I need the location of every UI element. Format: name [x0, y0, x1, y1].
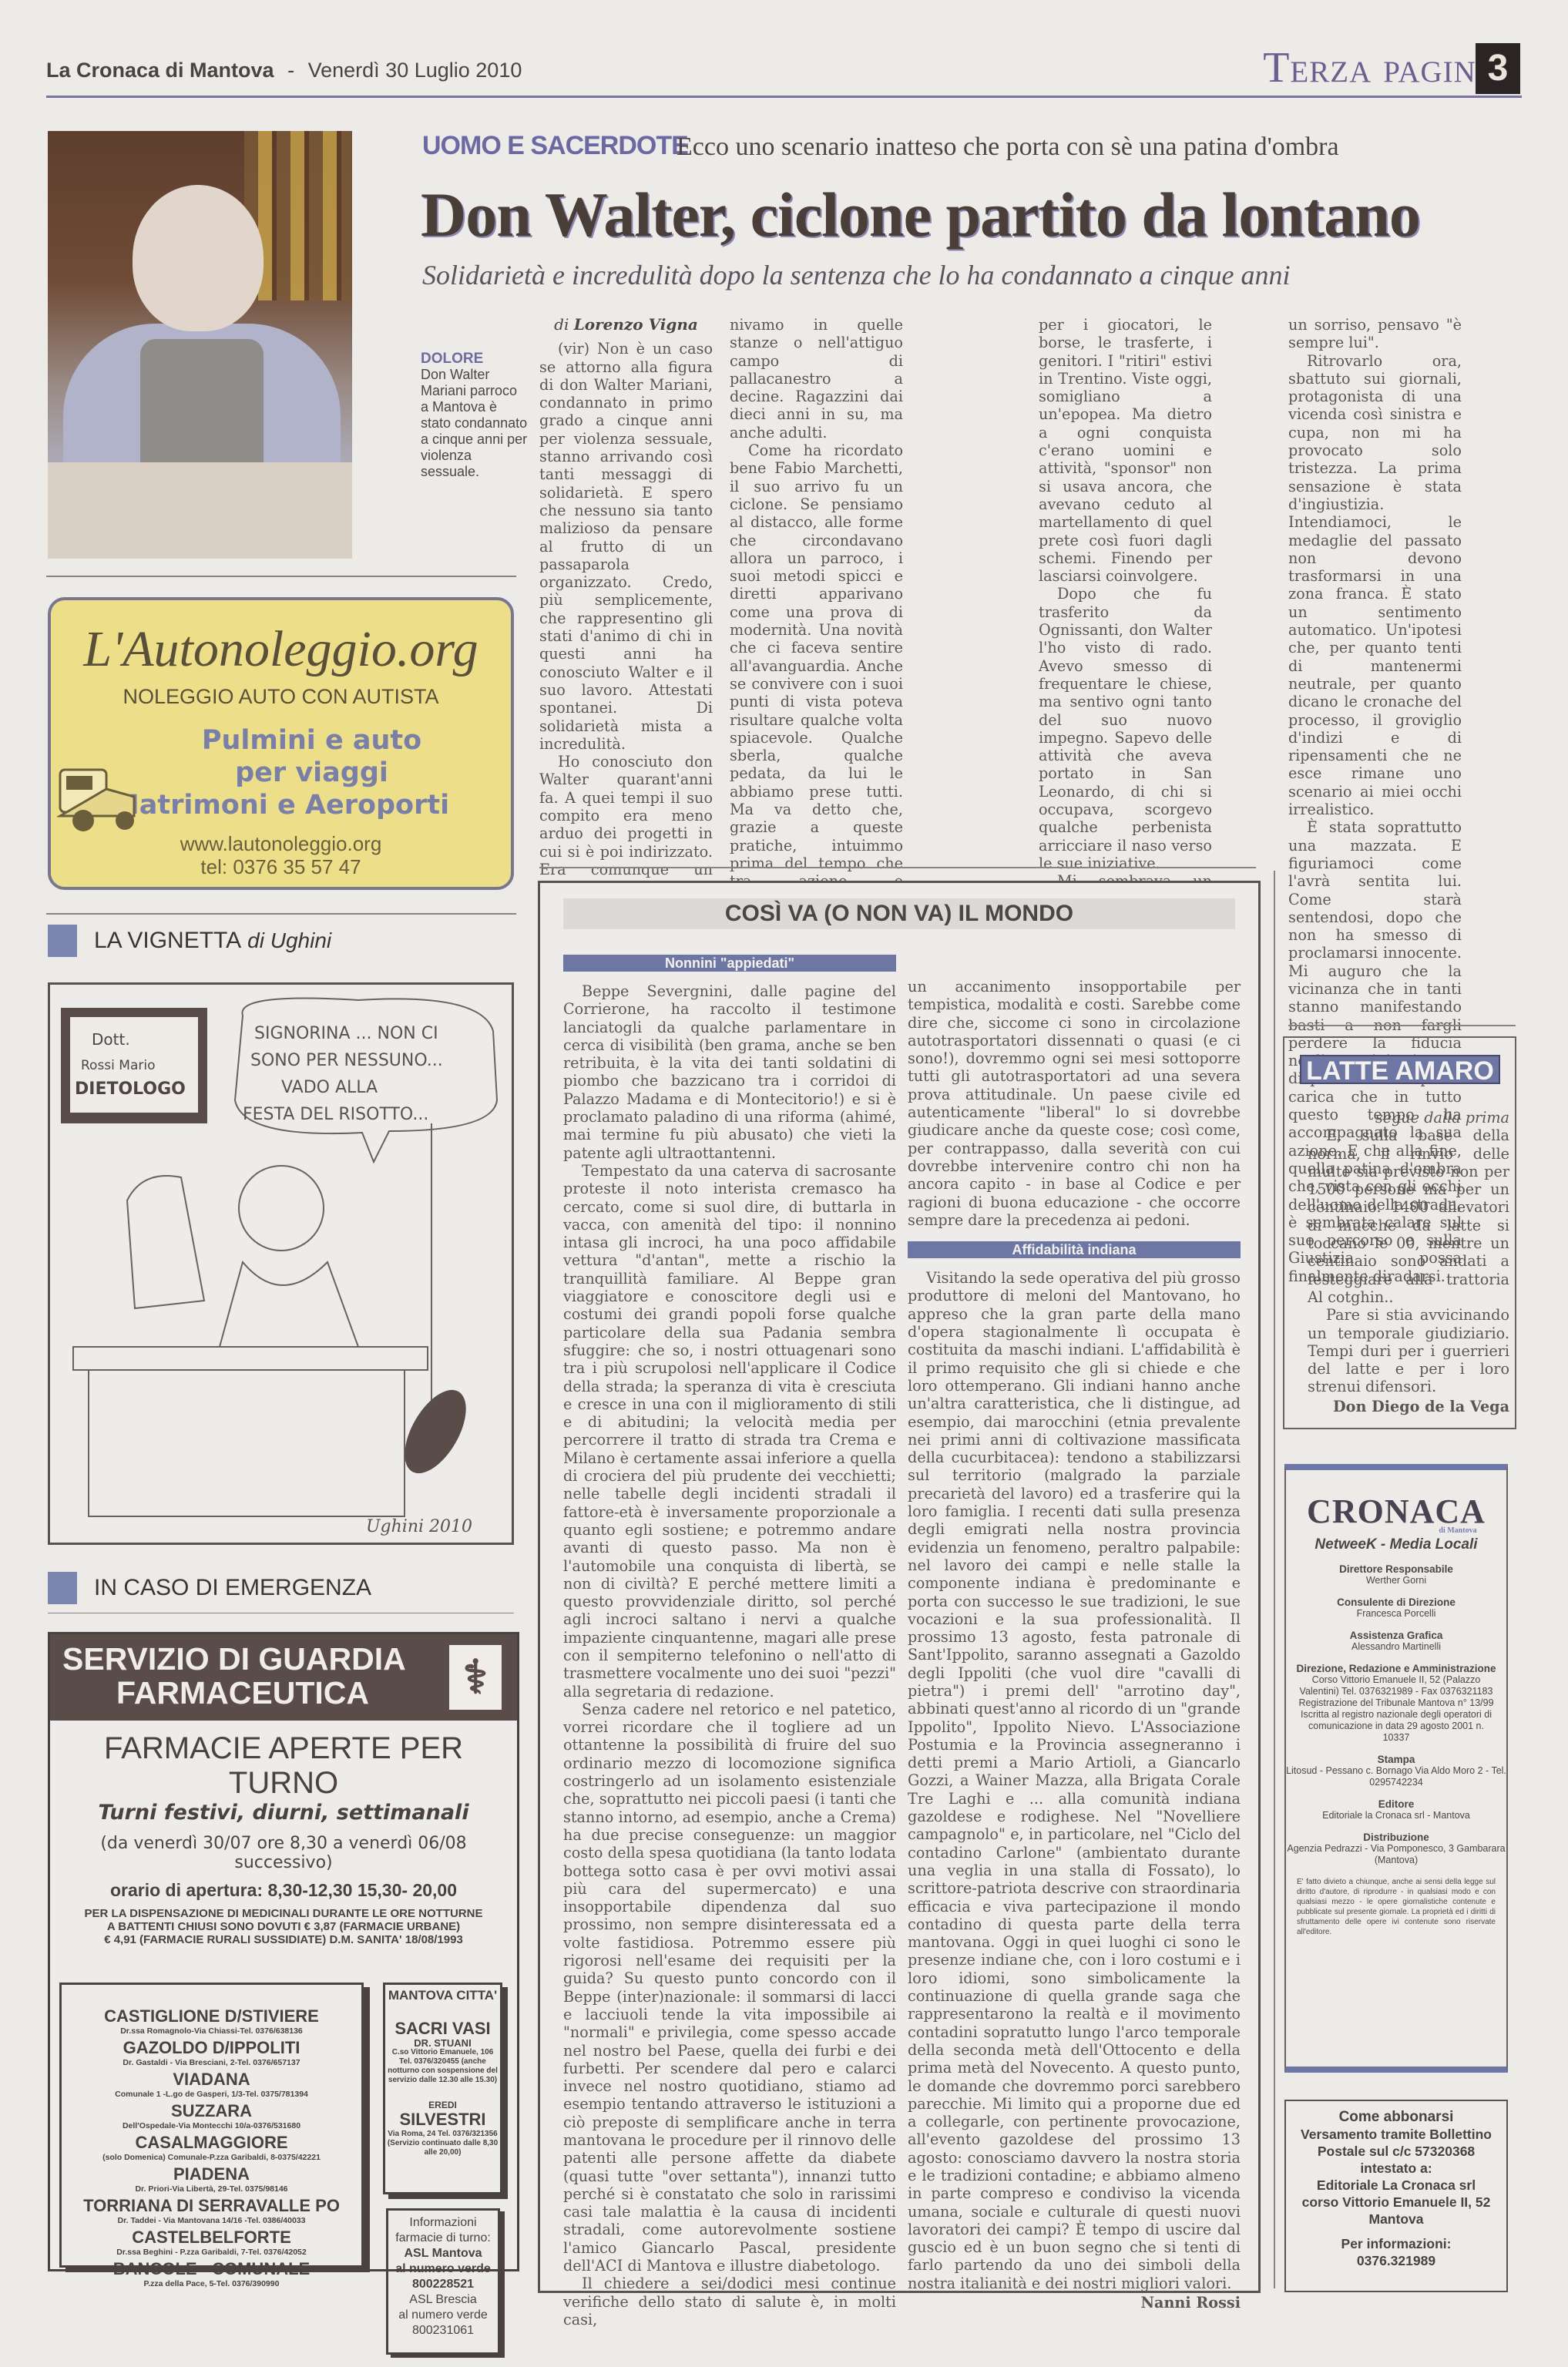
emergenza-title: IN CASO DI EMERGENZA	[94, 1575, 371, 1601]
article-headline: Don Walter, ciclone partito da lontano	[421, 179, 1420, 251]
pharmacy-item: CASALMAGGIORE(solo Domenica) Comunale-P.…	[62, 2133, 361, 2163]
asl-phone: 800231061	[388, 2323, 498, 2338]
cronaca-logo: CRONACA	[1286, 1492, 1506, 1531]
colophon-role: Direttore Responsabile	[1286, 1563, 1506, 1575]
pharmacy-town: CASTELBELFORTE	[62, 2228, 361, 2247]
ad-pitch-line: per viaggi	[112, 757, 511, 789]
issue-date: Venerdì 30 Luglio 2010	[308, 59, 522, 82]
latte-amaro-body: segue dalla prima E, sulla base della no…	[1308, 1109, 1509, 1415]
latte-amaro-label: LATTE AMARO	[1300, 1055, 1500, 1084]
cosi-va-title: COSÌ VA (O NON VA) IL MONDO	[563, 898, 1235, 929]
colophon-value: Alessandro Martinelli	[1286, 1641, 1506, 1653]
network-name: NetweeK - Media Locali	[1286, 1536, 1506, 1553]
paragraph: E, sulla base della norma, il rinvio del…	[1308, 1126, 1509, 1306]
paragraph: Dopo che fu trasferito da Ognissanti, do…	[1039, 585, 1212, 872]
pharmacy-item: BANCOLE - COMUNALEP.zza della Pace, 5-Te…	[62, 2259, 361, 2289]
paragraph: (vir) Non è un caso se attorno alla figu…	[539, 340, 713, 753]
colophon-value: Werther Gorni	[1286, 1575, 1506, 1586]
section-name: Terza pagina	[1263, 43, 1499, 92]
caduceus-icon: ⚕	[449, 1645, 502, 1710]
paragraph: Visitando la sede operativa del più gros…	[908, 1269, 1241, 2292]
city-pharmacy-details: C.so Vittorio Emanuele, 106 Tel. 0376/32…	[385, 2048, 500, 2085]
note-line: A BATTENTI CHIUSI SONO DOVUTI € 3,87 (FA…	[50, 1920, 517, 1933]
paragraph: Beppe Severgnini, dalle pagine del Corri…	[563, 982, 896, 1162]
city-header: MANTOVA CITTA'	[385, 1985, 500, 2006]
copyright-notice: E' fatto divieto a chiunque, anche ai se…	[1286, 1877, 1506, 1937]
section-title: Terza pagina	[1263, 44, 1499, 92]
colophon-value: Francesca Porcelli	[1286, 1608, 1506, 1620]
subsection-bar: Affidabilità indiana	[908, 1241, 1241, 1258]
section-rule	[48, 1613, 514, 1613]
vignetta-header: LA VIGNETTA di Ughini	[48, 925, 331, 957]
asl-phone: 800228521	[412, 2278, 474, 2291]
pharmacy-item: CASTELBELFORTEDr.ssa Beghini - P.zza Gar…	[62, 2228, 361, 2258]
pharmacy-town: PIADENA	[62, 2164, 361, 2184]
pharmacy-address: Dr.ssa Romagnolo-Via Chiassi-Tel. 0376/6…	[62, 2026, 361, 2036]
colophon-value: Agenzia Pedrazzi - Via Pomponesco, 3 Gam…	[1286, 1843, 1506, 1866]
subscription-line: corso Vittorio Emanuele II, 52	[1286, 2194, 1506, 2211]
pharmacy-period: (da venerdì 30/07 ore 8,30 a venerdì 06/…	[50, 1834, 517, 1872]
pharmacy-item: SUZZARADell'Ospedale-Via Montecchi 10/a-…	[62, 2101, 361, 2131]
cosi-va-column-1: Nonnini "appiedati" Beppe Severgnini, da…	[563, 955, 896, 2328]
sidebar-rule	[46, 913, 516, 915]
cosi-va-column-2: un accanimento insopportabile per tempis…	[908, 955, 1241, 2312]
pharmacy-hours: orario di apertura: 8,30-12,30 15,30- 20…	[50, 1880, 517, 1901]
subsection-bar: Nonnini "appiedati"	[563, 955, 896, 972]
column-divider	[1274, 871, 1275, 2288]
svg-text:DIETOLOGO: DIETOLOGO	[75, 1079, 186, 1099]
colophon-role: Editore	[1286, 1798, 1506, 1810]
city-pharmacy-details: Via Roma, 24 Tel. 0376/321356 (Servizio …	[385, 2130, 500, 2157]
cosi-va-box: COSÌ VA (O NON VA) IL MONDO Nonnini "app…	[538, 881, 1261, 2293]
pharmacy-address: Comunale 1 -L.go de Gasperi, 1/3-Tel. 03…	[62, 2089, 361, 2100]
paragraph: Come ha ricordato bene Fabio Marchetti, …	[730, 442, 903, 926]
city-pharmacy-name: SILVESTRI	[385, 2110, 500, 2130]
svg-text:SIGNORINA ... NON CI: SIGNORINA ... NON CI	[254, 1024, 438, 1043]
pharmacy-subheading: Turni festivi, diurni, settimanali	[50, 1801, 517, 1825]
pharmacy-address: Dr. Priori-Via Libertà, 29-Tel. 0375/981…	[62, 2184, 361, 2194]
figure-head-shape	[133, 185, 264, 331]
subscription-box: Come abbonarsi Versamento tramite Bollet…	[1284, 2100, 1508, 2292]
subscription-line: Versamento tramite Bollettino	[1286, 2126, 1506, 2143]
pharmacy-address: Dell'Ospedale-Via Montecchi 10/a-0376/53…	[62, 2120, 361, 2131]
svg-text:Dott.: Dott.	[92, 1030, 130, 1049]
article-subheadline: Solidarietà e incredulità dopo la senten…	[422, 259, 1291, 291]
pharmacy-schedule: SERVIZIO DI GUARDIA FARMACEUTICA ⚕ FARMA…	[48, 1632, 519, 2271]
pharmacy-item: PIADENADr. Priori-Via Libertà, 29-Tel. 0…	[62, 2164, 361, 2194]
paragraph: Tempestato da una caterva di sacrosante …	[563, 1162, 896, 1701]
pharmacy-address: Dr.ssa Beghini - P.zza Garibaldi, 7-Tel.…	[62, 2247, 361, 2258]
signature: Nanni Rossi	[908, 2294, 1241, 2312]
pharmacy-town: TORRIANA DI SERRAVALLE PO	[62, 2196, 361, 2215]
article-photo	[48, 131, 352, 559]
subscription-info-label: Per informazioni:	[1286, 2235, 1506, 2252]
pharmacy-item: VIADANAComunale 1 -L.go de Gasperi, 1/3-…	[62, 2070, 361, 2100]
column-rule	[539, 867, 1256, 868]
ad-pitch-line: Pulmini e auto	[112, 724, 511, 757]
byline-author: Lorenzo Vigna	[574, 315, 698, 334]
cartoon-drawing: Dott. Rossi Mario DIETOLOGO SIGNORINA ..…	[50, 985, 512, 1543]
colophon-role: Direzione, Redazione e Amministrazione	[1286, 1663, 1506, 1674]
section-square-icon	[48, 1572, 77, 1604]
subscription-line: Come abbonarsi	[1286, 2109, 1506, 2126]
masthead: La Cronaca di Mantova - Venerdì 30 Lugli…	[46, 59, 522, 82]
pharmacy-town: CASTIGLIONE D/STIVIERE	[62, 2006, 361, 2026]
city-pharmacy-doctor: DR. STUANI	[385, 2039, 500, 2048]
pharmacy-address: (solo Domenica) Comunale-P.zza Garibaldi…	[62, 2152, 361, 2163]
emergenza-header: IN CASO DI EMERGENZA	[48, 1572, 371, 1604]
asl-name: ASL Brescia	[388, 2292, 498, 2308]
pharmacy-item: TORRIANA DI SERRAVALLE PODr. Taddei - Vi…	[62, 2196, 361, 2226]
note-line: PER LA DISPENSAZIONE DI MEDICINALI DURAN…	[50, 1907, 517, 1920]
asl-label: al numero verde	[388, 2308, 498, 2323]
byline: di Lorenzo Vigna	[539, 316, 713, 334]
svg-text:FESTA DEL RISOTTO...: FESTA DEL RISOTTO...	[243, 1105, 428, 1124]
vignetta-title: LA VIGNETTA	[94, 928, 241, 954]
turn-info-box: Informazioni farmacie di turno: ASL Mant…	[386, 2208, 500, 2355]
vignetta-author: di Ughini	[247, 928, 331, 953]
column-rule	[1288, 1025, 1516, 1026]
pharmacy-town: SUZZARA	[62, 2101, 361, 2120]
colophon-role: Stampa	[1286, 1754, 1506, 1765]
subscription-phone: 0376.321989	[1286, 2252, 1506, 2269]
colophon-role: Assistenza Grafica	[1286, 1630, 1506, 1641]
pharmacy-address: Dr. Taddei - Via Mantovana 14/16 -Tel. 0…	[62, 2215, 361, 2226]
mantova-citta-box: MANTOVA CITTA' SACRI VASI DR. STUANI C.s…	[383, 1983, 502, 2194]
colophon: CRONACA di Mantova NetweeK - Media Local…	[1284, 1464, 1508, 2073]
asl-label: al numero verde	[395, 2262, 491, 2275]
colophon-value: Editoriale la Cronaca srl - Mantova	[1286, 1810, 1506, 1821]
article-kicker: UOMO E SACERDOTE	[422, 131, 688, 161]
city-pharmacy-prefix: EREDI	[385, 2100, 500, 2110]
autonoleggio-ad[interactable]: L'Autonoleggio.org NOLEGGIO AUTO CON AUT…	[48, 597, 514, 890]
pharmacy-note: PER LA DISPENSAZIONE DI MEDICINALI DURAN…	[50, 1907, 517, 1946]
pharmacy-town: BANCOLE - COMUNALE	[62, 2259, 361, 2278]
subscription-line: Postale sul c/c 57320368	[1286, 2143, 1506, 2160]
ad-tagline: NOLEGGIO AUTO CON AUTISTA	[51, 685, 511, 709]
subscription-line: intestato a:	[1286, 2160, 1506, 2177]
paragraph: Il chiedere a sei/dodici mesi continue v…	[563, 2275, 896, 2328]
city-pharmacy-name: SACRI VASI	[385, 2019, 500, 2039]
pharmacy-heading: FARMACIE APERTE PER TURNO	[50, 1731, 517, 1801]
pharmacy-town: GAZOLDO D/IPPOLITI	[62, 2038, 361, 2057]
pharmacy-town: CASALMAGGIORE	[62, 2133, 361, 2152]
caption-title: DOLORE	[421, 351, 529, 367]
caption-text: Don Walter Mariani parroco a Mantova è s…	[421, 367, 527, 479]
svg-text:SONO PER NESSUNO...: SONO PER NESSUNO...	[250, 1051, 443, 1070]
paragraph: Senza cadere nel retorico e nel patetico…	[563, 1701, 896, 2275]
pharmacy-address: Dr. Gastaldi - Via Bresciani, 2-Tel. 037…	[62, 2057, 361, 2068]
cartoon-panel: Dott. Rossi Mario DIETOLOGO SIGNORINA ..…	[48, 982, 514, 1545]
paragraph: per i giocatori, le borse, le trasferte,…	[1039, 316, 1212, 585]
pharmacy-town: VIADANA	[62, 2070, 361, 2089]
pharmacy-address: P.zza della Pace, 5-Tel. 0376/390990	[62, 2278, 361, 2289]
desk-papers-shape	[48, 462, 352, 559]
header-rule	[46, 96, 1522, 98]
paragraph: Ritrovarlo ora, sbattuto sui giornali, p…	[1288, 352, 1462, 819]
paragraph: un accanimento insopportabile per tempis…	[908, 978, 1241, 1229]
paragraph: un sorriso, pensavo "è sempre lui".	[1288, 316, 1462, 352]
paper-name: La Cronaca di Mantova	[46, 59, 274, 82]
ad-phone: tel: 0376 35 57 47	[51, 855, 511, 878]
pharmacy-item: CASTIGLIONE D/STIVIEREDr.ssa Romagnolo-V…	[62, 2006, 361, 2036]
colophon-role: Consulente di Direzione	[1286, 1596, 1506, 1608]
continued-note: segue dalla prima	[1308, 1109, 1509, 1126]
vintage-car-icon	[57, 754, 142, 839]
colophon-value: Corso Vittorio Emanuele II, 52 (Palazzo …	[1286, 1674, 1506, 1744]
info-intro: Informazioni farmacie di turno:	[388, 2215, 498, 2246]
svg-text:Rossi Mario: Rossi Mario	[81, 1058, 156, 1073]
ad-brand: L'Autonoleggio.org	[51, 620, 511, 679]
colophon-role: Distribuzione	[1286, 1831, 1506, 1843]
subscription-line: Mantova	[1286, 2211, 1506, 2228]
page-number: 3	[1476, 43, 1520, 94]
paragraph: Pare si stia avvicinando un temporale gi…	[1308, 1306, 1509, 1395]
pharmacy-item: GAZOLDO D/IPPOLITIDr. Gastaldi - Via Bre…	[62, 2038, 361, 2068]
svg-text:Ughini 2010: Ughini 2010	[366, 1517, 472, 1536]
pharmacy-banner: SERVIZIO DI GUARDIA FARMACEUTICA ⚕	[50, 1634, 517, 1721]
photo-caption: DOLORE Don Walter Mariani parroco a Mant…	[421, 351, 529, 480]
colophon-value: Litosud - Pessano c. Bornago Via Aldo Mo…	[1286, 1765, 1506, 1788]
asl-name: ASL Mantova	[404, 2247, 482, 2260]
svg-text:VADO ALLA: VADO ALLA	[281, 1078, 378, 1097]
signature: Don Diego de la Vega	[1308, 1398, 1509, 1415]
masthead-separator: -	[287, 59, 294, 82]
ad-contact: www.lautonoleggio.org tel: 0376 35 57 47	[51, 832, 511, 878]
latte-amaro-box: LATTE AMARO segue dalla prima E, sulla b…	[1283, 1036, 1516, 1429]
pharmacy-list: CASTIGLIONE D/STIVIEREDr.ssa Romagnolo-V…	[59, 1983, 364, 2268]
sidebar-rule	[46, 576, 516, 577]
note-line: € 4,91 (FARMACIE RURALI SUSSIDIATE) D.M.…	[50, 1933, 517, 1946]
paragraph: nivamo in quelle stanze o nell'attiguo c…	[730, 316, 903, 442]
byline-prefix: di	[554, 315, 569, 334]
article-overline: Ecco uno scenario inatteso che porta con…	[677, 133, 1339, 162]
subscription-line: Editoriale La Cronaca srl	[1286, 2177, 1506, 2194]
section-square-icon	[48, 925, 77, 957]
